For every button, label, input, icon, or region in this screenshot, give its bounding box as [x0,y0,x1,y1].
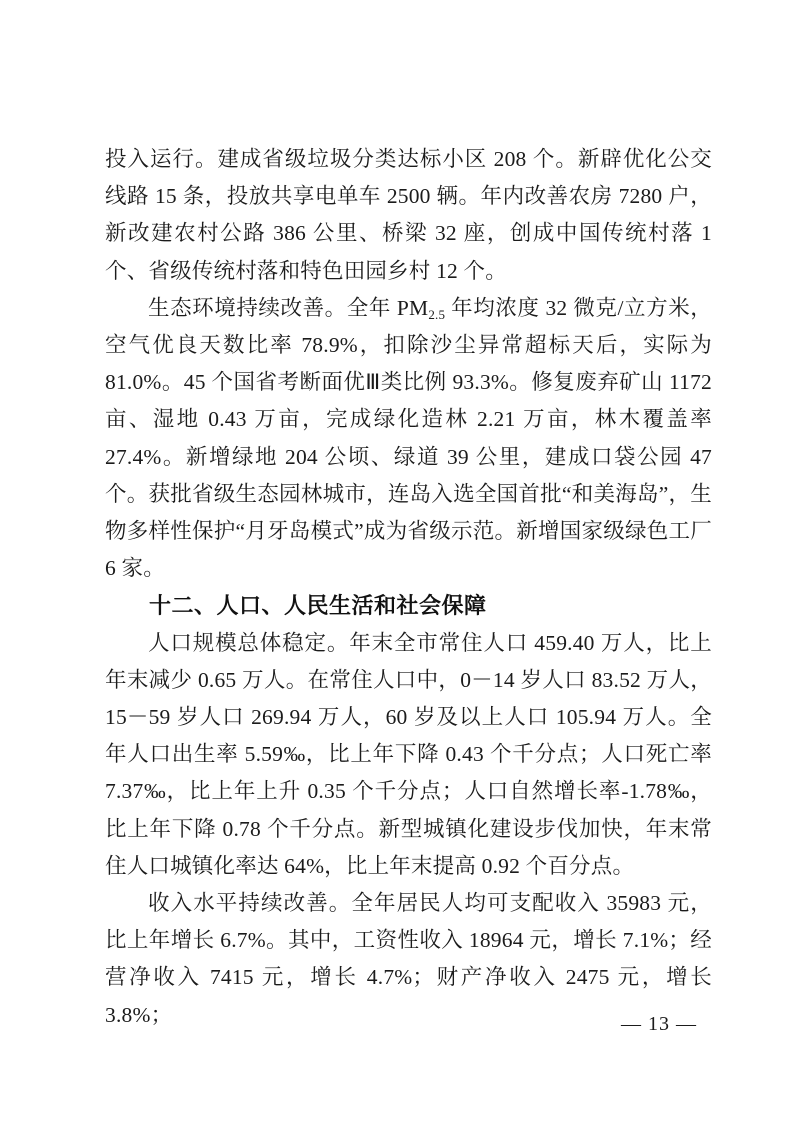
document-page: 投入运行。建成省级垃圾分类达标小区 208 个。新辟优化公交线路 15 条，投放… [0,0,794,1123]
paragraph-text: 全年 PM [347,296,429,320]
paragraph-ecology: 生态环境持续改善。全年 PM2.5 年均浓度 32 微克/立方米，空气优良天数比… [105,290,712,588]
paragraph-text: 年均浓度 32 微克/立方米，空气优良天数比率 78.9%，扣除沙尘异常超标天后… [105,296,712,580]
paragraph-population: 人口规模总体稳定。年末全市常住人口 459.40 万人，比上年末减少 0.65 … [105,625,712,885]
paragraph-text: 年末全市常住人口 459.40 万人，比上年末减少 0.65 万人。在常住人口中… [105,631,712,878]
paragraph-text: 投入运行。建成省级垃圾分类达标小区 208 个。新辟优化公交线路 15 条，投放… [105,147,712,283]
pm25-subscript: 2.5 [428,307,445,322]
paragraph-income: 收入水平持续改善。全年居民人均可支配收入 35983 元，比上年增长 6.7%。… [105,885,712,1034]
document-body: 投入运行。建成省级垃圾分类达标小区 208 个。新辟优化公交线路 15 条，投放… [105,141,712,1034]
page-number: — 13 — [621,1013,697,1036]
section-heading: 十二、人口、人民生活和社会保障 [105,587,712,624]
paragraph-infrastructure: 投入运行。建成省级垃圾分类达标小区 208 个。新辟优化公交线路 15 条，投放… [105,141,712,290]
paragraph-lead: 人口规模总体稳定。 [148,631,349,655]
paragraph-lead: 收入水平持续改善。 [148,891,351,915]
paragraph-lead: 生态环境持续改善。 [148,296,347,320]
